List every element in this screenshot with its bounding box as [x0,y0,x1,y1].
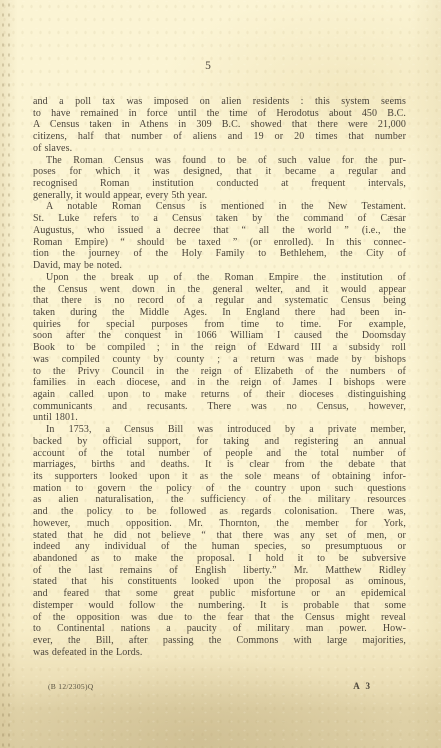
book-page: 5 and a poll tax was imposed on alien re… [0,0,441,748]
text-line: however, much opposition. Mr. Thornton, … [33,518,406,530]
text-line: to Continental nations a paucity of mili… [33,623,406,635]
text-line: and the policy to be followed as regards… [33,506,406,518]
text-line: St. Luke refers to a Census taken by the… [33,213,406,225]
text-line: to have remained in force until the time… [33,108,406,120]
text-line: account of the total number of people an… [33,448,406,460]
text-line: communicants and recusants. There was no… [33,401,406,413]
text-line: of the last remains of English liberty.”… [33,565,406,577]
signature-mark: A 3 [353,681,372,691]
text-line: again called upon to make returns of the… [33,389,406,401]
text-line: of slaves. [33,143,406,155]
text-line: ever, the Bill, after passing the Common… [33,635,406,647]
text-line: backed by official support, for taking a… [33,436,406,448]
text-line: citizens, half that number of aliens and… [33,131,406,143]
text-line: recognised Roman institution conducted a… [33,178,406,190]
text-line: as alien naturalisation, the sufficiency… [33,494,406,506]
text-line: soon after the conquest in 1066 William … [33,330,406,342]
page-footer: (B 12/2305)Q A 3 [48,681,372,691]
text-line: stated that his constituents looked upon… [33,576,406,588]
text-line: A notable Roman Census is mentioned in t… [33,201,406,213]
text-line: marriages, births and deaths. It is clea… [33,459,406,471]
text-line: the Census went down in the general welt… [33,284,406,296]
text-line: until 1801. [33,412,406,424]
text-line: generally, it would appear, every 5th ye… [33,190,406,202]
text-line: was defeated in the Lords. [33,647,406,659]
text-line: abandoned as to make the proposal. I hol… [33,553,406,565]
text-line: taken during the Middle Ages. In England… [33,307,406,319]
text-line: Augustus, who issued a decree that “ all… [33,225,406,237]
text-line: distemper would follow the numbering. It… [33,600,406,612]
text-line: In 1753, a Census Bill was introduced by… [33,424,406,436]
text-line: and a poll tax was imposed on alien resi… [33,96,406,108]
text-line: of the opposition was due to the fear th… [33,612,406,624]
text-line: poses for which it was designed, that it… [33,166,406,178]
text-line: stated that he did not believe “ that th… [33,530,406,542]
text-line: and feared that some great public misfor… [33,588,406,600]
text-line: indeed any individual of the human speci… [33,541,406,553]
paragraph: In 1753, a Census Bill was introduced by… [33,424,406,658]
paragraph: and a poll tax was imposed on alien resi… [33,96,406,155]
text-block: and a poll tax was imposed on alien resi… [33,96,406,659]
text-line: tion the journey of the Holy Family to B… [33,248,406,260]
printer-mark: (B 12/2305)Q [48,682,93,691]
paragraph: The Roman Census was found to be of such… [33,155,406,202]
text-line: was compiled county by county ; a return… [33,354,406,366]
paragraph: A notable Roman Census is mentioned in t… [33,201,406,271]
text-line: David, may be noted. [33,260,406,272]
text-line: quiries for special purposes from time t… [33,319,406,331]
paragraph: Upon the break up of the Roman Empire th… [33,272,406,424]
text-line: Roman Empire) “ should be taxed ” (or en… [33,237,406,249]
text-line: Book to be compiled ; in the reign of Ed… [33,342,406,354]
text-line: families in each diocese, and in the rei… [33,377,406,389]
text-line: Upon the break up of the Roman Empire th… [33,272,406,284]
page-number: 5 [22,60,395,72]
text-line: its supporters looked upon it as the sol… [33,471,406,483]
text-line: A Census taken in Athens in 309 B.C. sho… [33,119,406,131]
text-line: to the Privy Council in the reign of Eli… [33,366,406,378]
text-line: mation to govern the policy of the count… [33,483,406,495]
page-edge-texture [0,0,13,748]
text-line: that there is no record of a regular and… [33,295,406,307]
text-line: The Roman Census was found to be of such… [33,155,406,167]
